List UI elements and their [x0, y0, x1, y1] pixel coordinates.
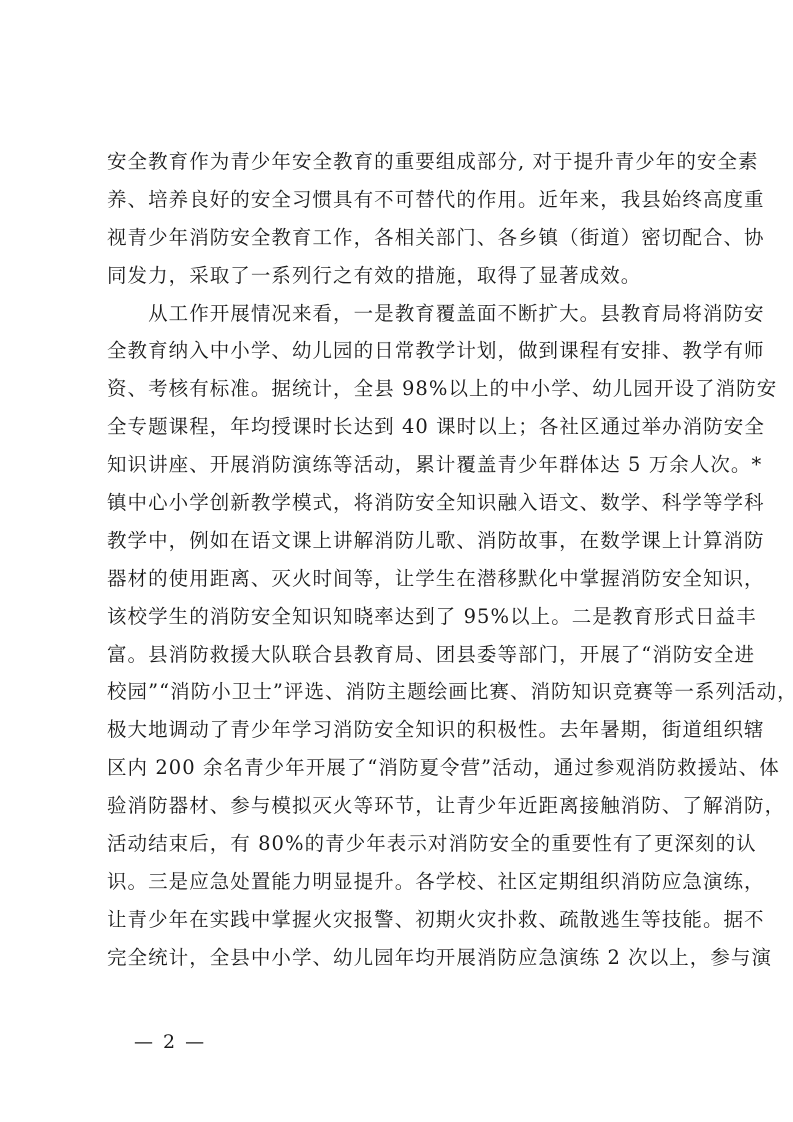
page-number: — 2 —	[134, 1030, 206, 1054]
text-line: 全教育纳入中小学、幼儿园的日常教学计划，做到课程有安排、教学有师	[107, 332, 693, 370]
text-line: 完全统计，全县中小学、幼儿园年均开展消防应急演练 2 次以上，参与演	[107, 939, 693, 977]
text-line: 同发力，采取了一系列行之有效的措施，取得了显著成效。	[107, 257, 693, 295]
text-line: 镇中心小学创新教学模式，将消防安全知识融入语文、数学、科学等学科	[107, 484, 693, 522]
text-line: 安全教育作为青少年安全教育的重要组成部分, 对于提升青少年的安全素	[107, 143, 693, 181]
document-page: 安全教育作为青少年安全教育的重要组成部分, 对于提升青少年的安全素 养、培养良好…	[0, 0, 793, 1122]
text-line: 让青少年在实践中掌握火灾报警、初期火灾扑救、疏散逃生等技能。据不	[107, 901, 693, 939]
text-line: 该校学生的消防安全知识知晓率达到了 95%以上。二是教育形式日益丰	[107, 598, 693, 636]
text-line: 器材的使用距离、灭火时间等，让学生在潜移默化中掌握消防安全知识，	[107, 560, 693, 598]
text-line: 全专题课程，年均授课时长达到 40 课时以上；各社区通过举办消防安全	[107, 408, 693, 446]
body-text: 安全教育作为青少年安全教育的重要组成部分, 对于提升青少年的安全素 养、培养良好…	[107, 143, 697, 977]
text-line: 区内 200 余名青少年开展了“消防夏令营”活动，通过参观消防救援站、体	[107, 749, 693, 787]
text-line: 从工作开展情况来看，一是教育覆盖面不断扩大。县教育局将消防安	[107, 295, 693, 333]
text-line: 识。三是应急处置能力明显提升。各学校、社区定期组织消防应急演练，	[107, 863, 693, 901]
text-line: 富。县消防救援大队联合县教育局、团县委等部门，开展了“消防安全进	[107, 636, 693, 674]
text-line: 资、考核有标准。据统计，全县 98%以上的中小学、幼儿园开设了消防安	[107, 370, 693, 408]
text-line: 养、培养良好的安全习惯具有不可替代的作用。近年来，我县始终高度重	[107, 181, 693, 219]
text-line: 验消防器材、参与模拟灭火等环节，让青少年近距离接触消防、了解消防，	[107, 787, 693, 825]
text-line: 校园”“消防小卫士”评选、消防主题绘画比赛、消防知识竞赛等一系列活动，	[107, 673, 693, 711]
text-line: 极大地调动了青少年学习消防安全知识的积极性。去年暑期，街道组织辖	[107, 711, 693, 749]
text-line: 活动结束后，有 80%的青少年表示对消防安全的重要性有了更深刻的认	[107, 825, 693, 863]
text-line: 知识讲座、开展消防演练等活动，累计覆盖青少年群体达 5 万余人次。*	[107, 446, 693, 484]
text-line: 教学中，例如在语文课上讲解消防儿歌、消防故事，在数学课上计算消防	[107, 522, 693, 560]
text-line: 视青少年消防安全教育工作，各相关部门、各乡镇（街道）密切配合、协	[107, 219, 693, 257]
